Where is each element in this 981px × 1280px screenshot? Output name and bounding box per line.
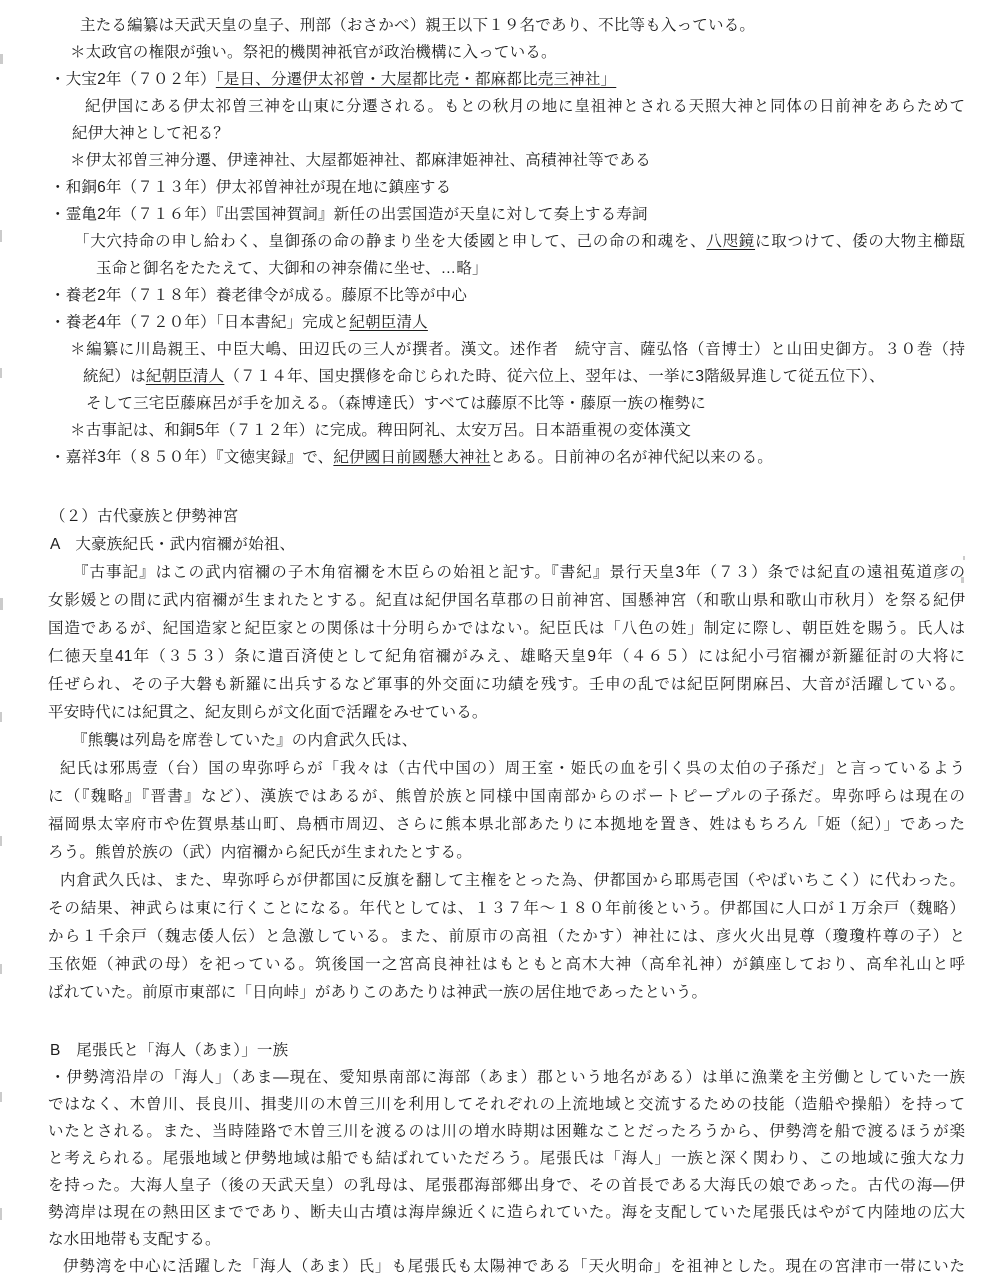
text-segment: に（『魏略』『晋書』など）、漢族ではあるが、熊曽於族と同様中国南部からのボートピ… — [48, 788, 965, 805]
text-line: 勢湾岸は現在の熱田区までであり、断夫山古墳は海岸線近くに造られていた。海を支配し… — [0, 1199, 965, 1226]
text-line: 女影媛との間に武内宿禰が生まれたとする。紀直は紀伊国名草郡の日前神宮、国懸神宮（… — [0, 587, 965, 615]
underlined-text: 「是日、分遷伊太祁曾・大屋都比売・都麻都比売三神社」 — [216, 71, 616, 88]
underlined-text: 紀伊國日前國懸大神社 — [333, 449, 490, 466]
text-segment: 紀伊大神として祀る？ — [72, 125, 229, 142]
text-line: その結果、神武らは東に行くことになる。年代としては、１３７年～１８０年前後という… — [0, 895, 965, 923]
text-segment: そして三宅臣藤麻呂が手を加える。（森博達氏）すべては藤原不比等・藤原一族の権勢に — [86, 395, 706, 412]
text-segment: 統紀）は — [83, 368, 146, 385]
text-line: そして三宅臣藤麻呂が手を加える。（森博達氏）すべては藤原不比等・藤原一族の権勢に — [0, 390, 965, 417]
chronology-list: 主たる編纂は天武天皇の皇子、刑部（おさかべ）親王以下１９名であり、不比等も入って… — [0, 12, 965, 471]
text-line: ・大宝2年（７０２年）「是日、分遷伊太祁曾・大屋都比売・都麻都比売三神社」 — [0, 66, 965, 93]
text-line: ＊古事記は、和銅5年（７１２年）に完成。稗田阿礼、太安万呂。日本語重視の変体漢文 — [0, 417, 965, 444]
underlined-text: 紀朝臣清人 — [349, 314, 428, 331]
text-line: 『熊襲は列島を席巻していた』の内倉武久氏は、 — [0, 727, 965, 755]
text-segment: ＊編纂に川島親王、中臣大嶋、田辺氏の三人が撰者。漢文。述作者 続守言、薩弘恪（音… — [70, 341, 965, 358]
text-line: 紀伊大神として祀る？ — [0, 120, 965, 147]
text-line: ろう。熊曽於族の（武）内宿禰から紀氏が生まれたとする。 — [0, 839, 965, 867]
text-segment: 仁徳天皇41年（３５３）条に遣百済使として紀角宿禰がみえ、雄略天皇9年（４６５）… — [48, 648, 965, 665]
text-segment: 『古事記』はこの武内宿禰の子木角宿禰を木臣らの始祖と記す。『書紀』景行天皇3年（… — [73, 564, 965, 581]
scan-artifact — [961, 577, 964, 583]
text-segment: 福岡県太宰府市や佐賀県基山町、鳥栖市周辺、さらに熊本県北部あたりに本拠地を置き、… — [48, 816, 965, 833]
text-segment: 任ぜられ、その子大磐も新羅に出兵するなど軍事的外交面に功績を残す。壬申の乱では紀… — [48, 676, 965, 693]
scan-artifact — [0, 598, 3, 610]
text-segment: を持った。大海人皇子（後の天武天皇）の乳母は、尾張郡海部郷出身で、その首長である… — [48, 1177, 965, 1194]
text-line: 平安時代には紀貫之、紀友則らが文化面で活躍をみせている。 — [0, 699, 965, 727]
text-line: を持った。大海人皇子（後の天武天皇）の乳母は、尾張郡海部郷出身で、その首長である… — [0, 1172, 965, 1199]
text-segment: 紀氏は邪馬壹（台）国の卑弥呼らが「我々は（古代中国の）周王室・姫氏の血を引く呉の… — [60, 760, 965, 777]
text-line: いたとされる。また、当時陸路で木曽三川を渡るのは川の増水時期は困難なことだったろ… — [0, 1118, 965, 1145]
text-segment: （７１４年、国史撰修を命じられた時、従六位上、翌年は、一挙に3階級昇進して従五位… — [224, 368, 884, 385]
text-line: 紀氏は邪馬壹（台）国の卑弥呼らが「我々は（古代中国の）周王室・姫氏の血を引く呉の… — [0, 755, 965, 783]
scan-artifact — [0, 1092, 2, 1102]
text-segment: A 大豪族紀氏・武内宿禰が始祖、 — [50, 536, 295, 553]
text-segment: ・養老4年（７２０年）「日本書紀」完成と — [50, 314, 349, 331]
scan-artifact — [0, 712, 2, 722]
text-line: 玉命と御名をたたえて、大御和の神奈備に坐せ、…略」 — [0, 255, 965, 282]
text-segment: に取つけて、倭の大物主櫛瓺 — [755, 233, 965, 250]
text-line: 伊勢湾を中心に活躍した「海人（あま）氏」も尾張氏も太陽神である「天火明命」を祖神… — [0, 1253, 965, 1280]
text-segment: ・大宝2年（７０２年） — [50, 71, 216, 88]
paragraph-kumaso: 『熊襲は列島を席巻していた』の内倉武久氏は、紀氏は邪馬壹（台）国の卑弥呼らが「我… — [0, 727, 965, 867]
text-segment: 国造であるが、紀国造家と紀臣家との関係は十分明らかではない。紀臣氏は「八色の姓」… — [48, 620, 965, 637]
scan-artifact — [0, 836, 2, 846]
underlined-text: 紀朝臣清人 — [146, 368, 225, 385]
text-segment: から１千余戸（魏志倭人伝）と急激している。また、前原市の高祖（たかす）神社には、… — [48, 928, 965, 945]
text-segment: ・霊亀2年（７１６年）『出雲国神賀詞』新任の出雲国造が天皇に対して奏上する寿詞 — [50, 206, 648, 223]
text-line: ばれていた。前原市東部に「日向峠」がありこのあたりは神武一族の居住地であったとい… — [0, 979, 965, 1007]
text-segment: ・伊勢湾沿岸の「海人」（あま―現在、愛知県南部に海部（あま）郡という地名がある）… — [50, 1069, 965, 1086]
text-line: ・伊勢湾沿岸の「海人」（あま―現在、愛知県南部に海部（あま）郡という地名がある）… — [0, 1064, 965, 1091]
text-line: ＊太政官の権限が強い。祭祀的機関神祇官が政治機構に入っている。 — [0, 39, 965, 66]
scan-artifact — [0, 1208, 2, 1220]
document-page: 主たる編纂は天武天皇の皇子、刑部（おさかべ）親王以下１９名であり、不比等も入って… — [0, 0, 981, 1280]
text-segment: B 尾張氏と「海人（あま）」一族 — [50, 1042, 288, 1059]
text-segment: とある。日前神の名が神代紀以来のる。 — [490, 449, 773, 466]
paragraph-uchikura: 内倉武久氏は、また、卑弥呼らが伊都国に反旗を翻して主権をとった為、伊都国から耶馬… — [0, 867, 965, 1007]
paragraph-ki-clan: 『古事記』はこの武内宿禰の子木角宿禰を木臣らの始祖と記す。『書紀』景行天皇3年（… — [0, 559, 965, 727]
text-line: 『古事記』はこの武内宿禰の子木角宿禰を木臣らの始祖と記す。『書紀』景行天皇3年（… — [0, 559, 965, 587]
scan-artifact — [963, 556, 965, 560]
text-line: ＊伊太祁曽三神分遷、伊達神社、大屋都姫神社、都麻津姫神社、高積神社等である — [0, 147, 965, 174]
text-line: と考えられる。尾張地域と伊勢地域は船でも結ばれていただろう。尾張氏は「海人」一族… — [0, 1145, 965, 1172]
text-segment: 勢湾岸は現在の熱田区までであり、断夫山古墳は海岸線近くに造られていた。海を支配し… — [48, 1204, 965, 1221]
text-segment: 伊勢湾を中心に活躍した「海人（あま）氏」も尾張氏も太陽神である「天火明命」を祖神… — [63, 1258, 965, 1275]
subsection-title: B 尾張氏と「海人（あま）」一族 — [0, 1037, 965, 1064]
text-segment: ・嘉祥3年（８５０年）『文徳実録』で、 — [50, 449, 333, 466]
text-line: ＊編纂に川島親王、中臣大嶋、田辺氏の三人が撰者。漢文。述作者 続守言、薩弘恪（音… — [0, 336, 965, 363]
text-segment: 玉命と御名をたたえて、大御和の神奈備に坐せ、…略」 — [96, 260, 488, 277]
text-line: 統紀）は紀朝臣清人（７１４年、国史撰修を命じられた時、従六位上、翌年は、一挙に3… — [0, 363, 965, 390]
text-line: ・養老2年（７１８年）養老律令が成る。藤原不比等が中心 — [0, 282, 965, 309]
scan-artifact — [0, 230, 2, 242]
text-line: に（『魏略』『晋書』など）、漢族ではあるが、熊曽於族と同様中国南部からのボートピ… — [0, 783, 965, 811]
text-segment: と考えられる。尾張地域と伊勢地域は船でも結ばれていただろう。尾張氏は「海人」一族… — [48, 1150, 965, 1167]
subsection-title: A 大豪族紀氏・武内宿禰が始祖、 — [0, 531, 965, 559]
paragraph-isewan-closing: 伊勢湾を中心に活躍した「海人（あま）氏」も尾張氏も太陽神である「天火明命」を祖神… — [0, 1253, 965, 1280]
section-title: （２）古代豪族と伊勢神宮 — [0, 503, 965, 531]
text-segment: ではなく、木曽川、長良川、揖斐川の木曽三川を利用してそれぞれの上流地域と交流する… — [48, 1096, 965, 1113]
text-line: 福岡県太宰府市や佐賀県基山町、鳥栖市周辺、さらに熊本県北部あたりに本拠地を置き、… — [0, 811, 965, 839]
text-segment: ＊伊太祁曽三神分遷、伊達神社、大屋都姫神社、都麻津姫神社、高積神社等である — [70, 152, 651, 169]
text-segment: 玉依姫（神武の母）を祀っている。筑後国一之宮高良神社はもともと高木大神（高牟礼神… — [48, 956, 965, 973]
text-line: 主たる編纂は天武天皇の皇子、刑部（おさかべ）親王以下１９名であり、不比等も入って… — [0, 12, 965, 39]
text-line: な水田地帯も支配する。 — [0, 1226, 965, 1253]
text-segment: な水田地帯も支配する。 — [48, 1231, 221, 1248]
text-segment: 内倉武久氏は、また、卑弥呼らが伊都国に反旗を翻して主権をとった為、伊都国から耶馬… — [60, 872, 965, 889]
underlined-text: 八咫鏡 — [706, 233, 755, 250]
text-line: 任ぜられ、その子大磐も新羅に出兵するなど軍事的外交面に功績を残す。壬申の乱では紀… — [0, 671, 965, 699]
text-segment: 女影媛との間に武内宿禰が生まれたとする。紀直は紀伊国名草郡の日前神宮、国懸神宮（… — [48, 592, 965, 609]
text-line: 玉依姫（神武の母）を祀っている。筑後国一之宮高良神社はもともと高木大神（高牟礼神… — [0, 951, 965, 979]
text-line: 「大穴持命の申し給わく、皇御孫の命の静まり坐を大倭國と申して、己の命の和魂を、八… — [0, 228, 965, 255]
text-line: 内倉武久氏は、また、卑弥呼らが伊都国に反旗を翻して主権をとった為、伊都国から耶馬… — [0, 867, 965, 895]
text-line: ・養老4年（７２０年）「日本書紀」完成と紀朝臣清人 — [0, 309, 965, 336]
text-segment: ・和銅6年（７１３年）伊太祁曽神社が現在地に鎮座する — [50, 179, 451, 196]
text-line: 仁徳天皇41年（３５３）条に遣百済使として紀角宿禰がみえ、雄略天皇9年（４６５）… — [0, 643, 965, 671]
text-segment: その結果、神武らは東に行くことになる。年代としては、１３７年～１８０年前後という… — [48, 900, 965, 917]
text-segment: ＊古事記は、和銅5年（７１２年）に完成。稗田阿礼、太安万呂。日本語重視の変体漢文 — [70, 422, 691, 439]
text-segment: 『熊襲は列島を席巻していた』の内倉武久氏は、 — [72, 732, 417, 749]
text-segment: ・養老2年（７１８年）養老律令が成る。藤原不比等が中心 — [50, 287, 467, 304]
text-line: ではなく、木曽川、長良川、揖斐川の木曽三川を利用してそれぞれの上流地域と交流する… — [0, 1091, 965, 1118]
scan-artifact — [0, 964, 2, 974]
text-segment: ＊太政官の権限が強い。祭祀的機関神祇官が政治機構に入っている。 — [70, 44, 557, 61]
text-line: ・和銅6年（７１３年）伊太祁曽神社が現在地に鎮座する — [0, 174, 965, 201]
text-segment: 紀伊国にある伊太祁曽三神を山東に分遷される。もとの秋月の地に皇祖神とされる天照大… — [85, 98, 965, 115]
text-segment: ばれていた。前原市東部に「日向峠」がありこのあたりは神武一族の居住地であったとい… — [48, 984, 707, 1001]
text-segment: 主たる編纂は天武天皇の皇子、刑部（おさかべ）親王以下１９名であり、不比等も入って… — [80, 17, 755, 34]
text-line: 国造であるが、紀国造家と紀臣家との関係は十分明らかではない。紀臣氏は「八色の姓」… — [0, 615, 965, 643]
scan-artifact — [0, 54, 3, 64]
text-line: ・嘉祥3年（８５０年）『文徳実録』で、紀伊國日前國懸大神社とある。日前神の名が神… — [0, 444, 965, 471]
text-segment: いたとされる。また、当時陸路で木曽三川を渡るのは川の増水時期は困難なことだったろ… — [48, 1123, 965, 1140]
text-segment: 「大穴持命の申し給わく、皇御孫の命の静まり坐を大倭國と申して、己の命の和魂を、 — [74, 233, 706, 250]
text-segment: （２）古代豪族と伊勢神宮 — [50, 508, 238, 525]
section-2-heading: （２）古代豪族と伊勢神宮 — [0, 503, 965, 531]
text-segment: ろう。熊曽於族の（武）内宿禰から紀氏が生まれたとする。 — [48, 844, 472, 861]
text-line: 紀伊国にある伊太祁曽三神を山東に分遷される。もとの秋月の地に皇祖神とされる天照大… — [0, 93, 965, 120]
paragraph-owari-ama: ・伊勢湾沿岸の「海人」（あま―現在、愛知県南部に海部（あま）郡という地名がある）… — [0, 1064, 965, 1253]
text-segment: 平安時代には紀貫之、紀友則らが文化面で活躍をみせている。 — [48, 704, 488, 721]
text-line: から１千余戸（魏志倭人伝）と急激している。また、前原市の高祖（たかす）神社には、… — [0, 923, 965, 951]
text-line: ・霊亀2年（７１６年）『出雲国神賀詞』新任の出雲国造が天皇に対して奏上する寿詞 — [0, 201, 965, 228]
scan-artifact — [0, 368, 2, 378]
subsection-a-heading: A 大豪族紀氏・武内宿禰が始祖、 — [0, 531, 965, 559]
subsection-b-heading: B 尾張氏と「海人（あま）」一族 — [0, 1037, 965, 1064]
